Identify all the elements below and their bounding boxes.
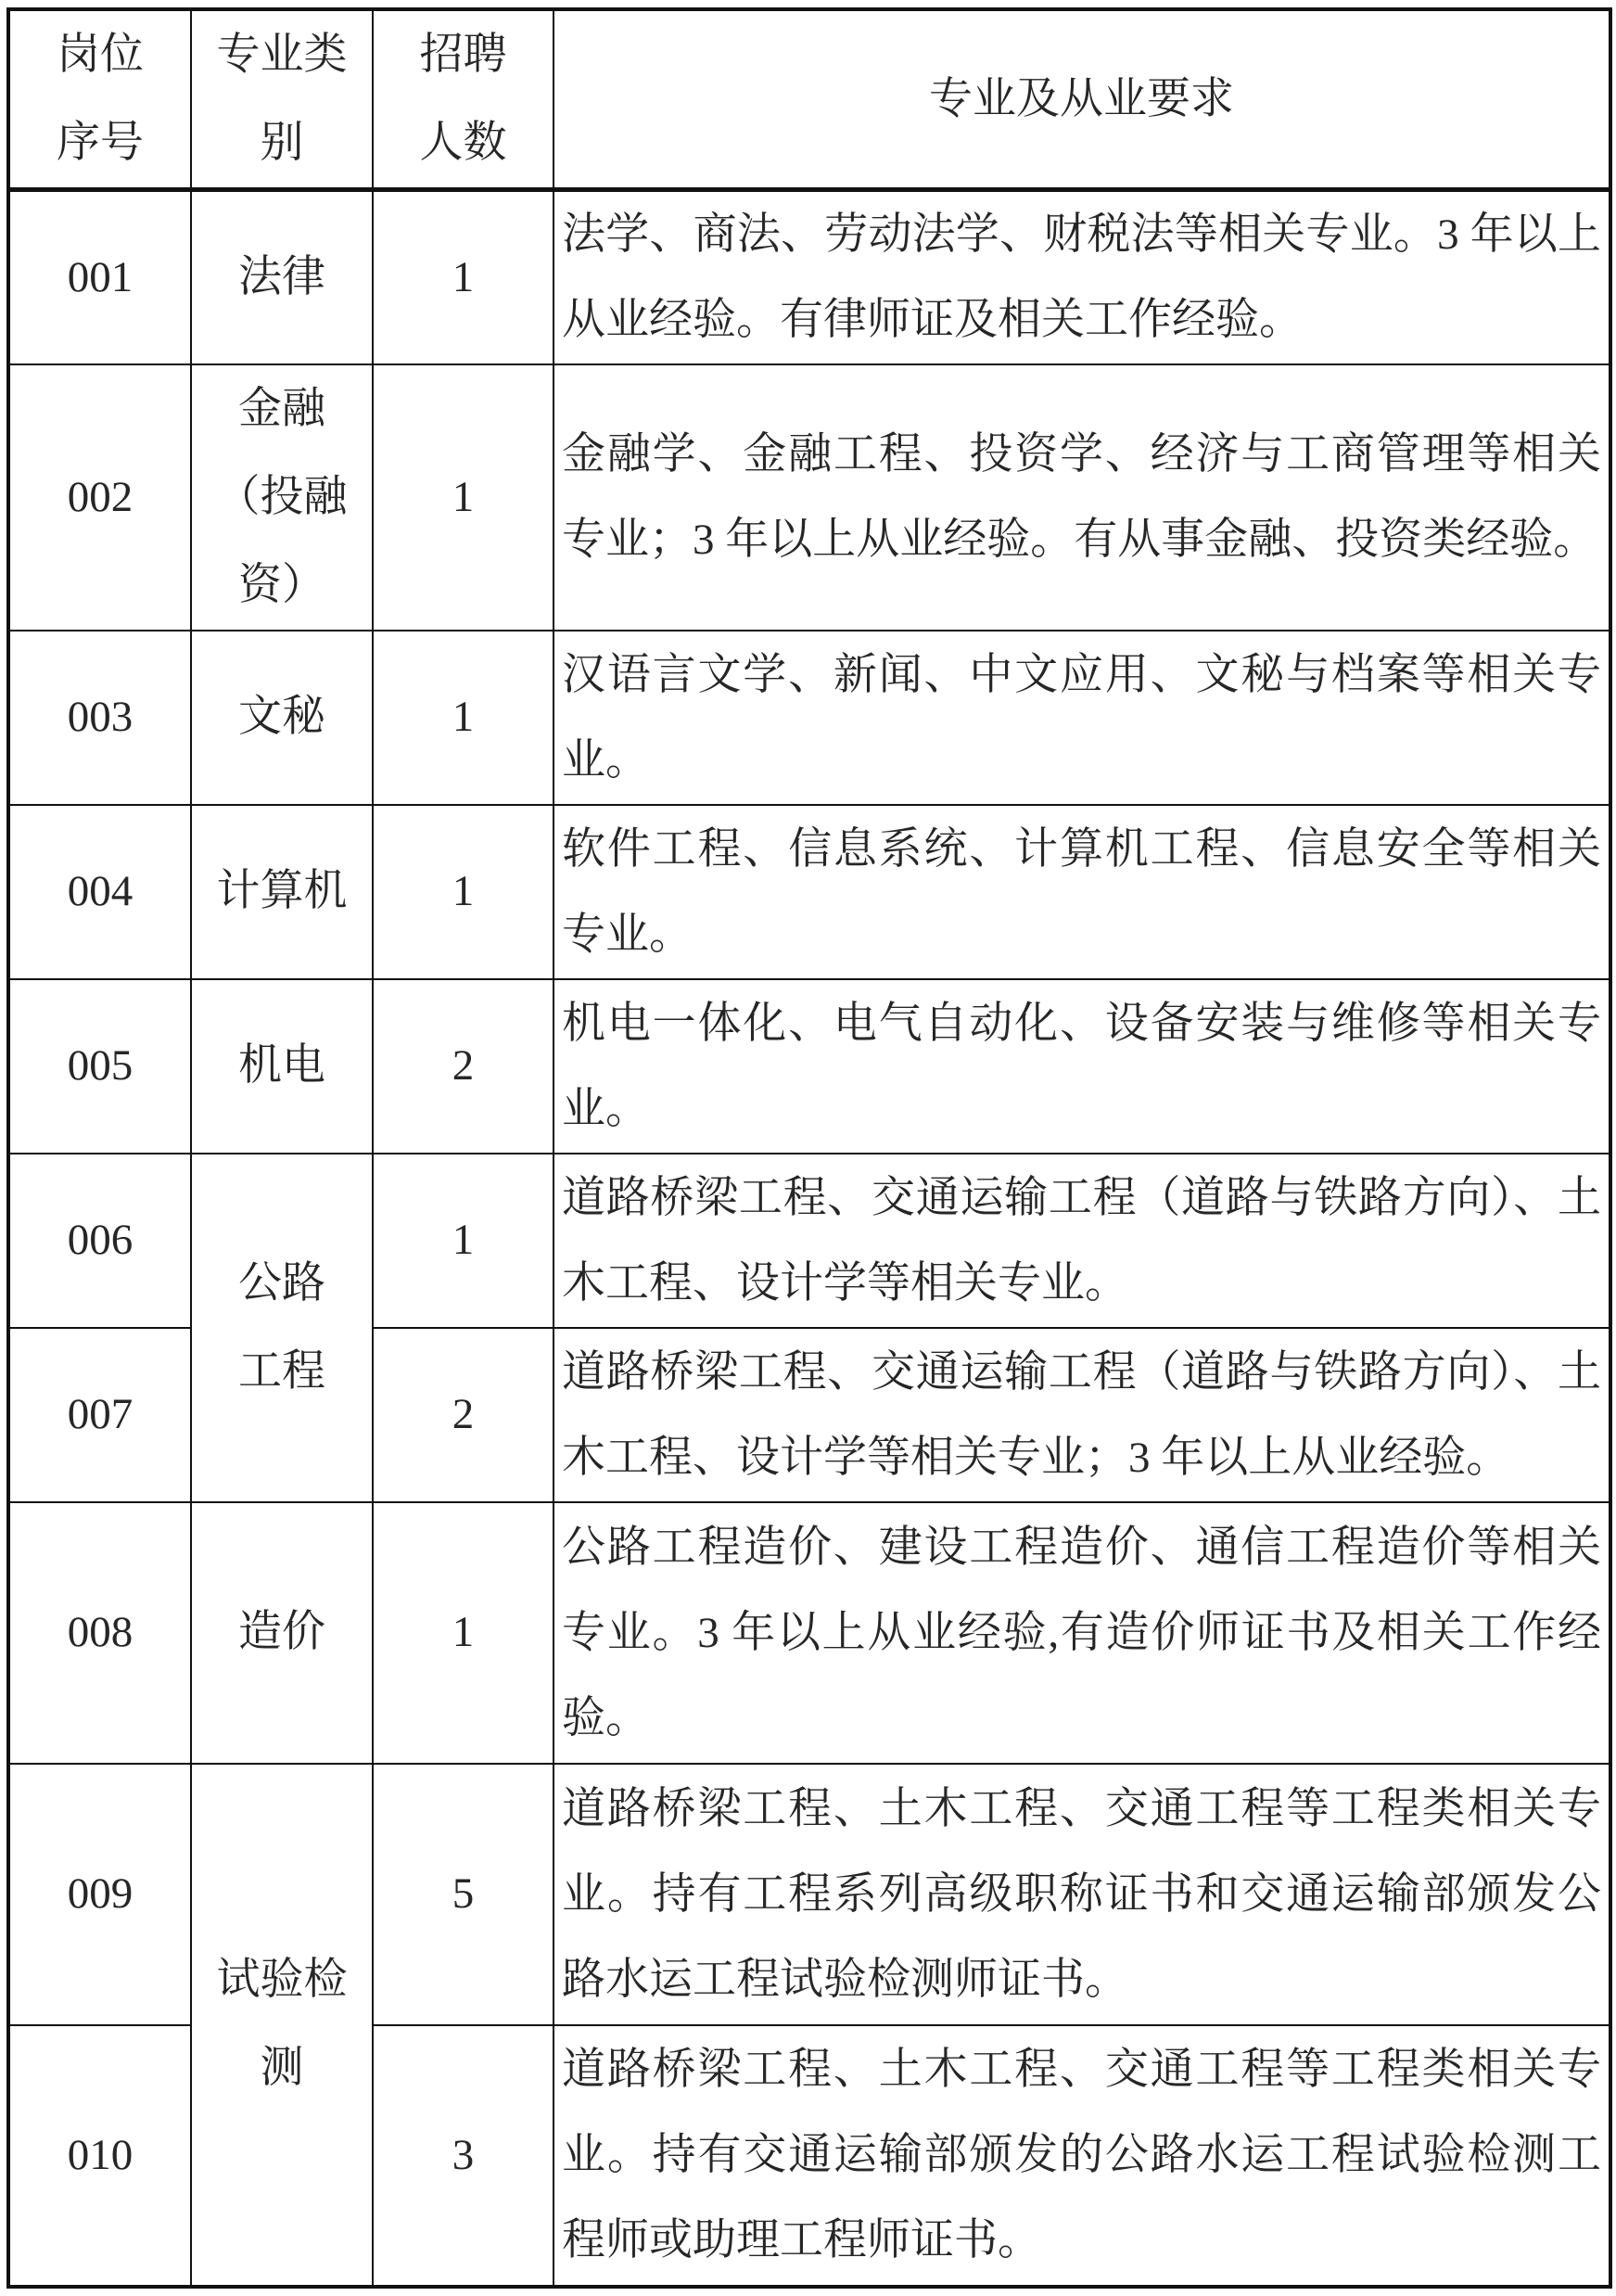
- headcount-cell: 1: [373, 190, 554, 364]
- headcount-cell: 1: [373, 1154, 554, 1328]
- job-no-cell: 001: [8, 190, 191, 364]
- table-row-005: 005 机电 2 机电一体化、电气自动化、设备安装与维修等相关专业。: [8, 979, 1610, 1154]
- job-no-cell: 008: [8, 1502, 191, 1764]
- header-label: 专业及从业要求: [554, 56, 1609, 144]
- document-page: 岗位 序号 专业类 别 招聘 人数 专业及从业要求 001 法律 1 法学、商法…: [0, 0, 1616, 2296]
- job-no-cell: 005: [8, 979, 191, 1154]
- requirements-cell: 道路桥梁工程、土木工程、交通工程等工程类相关专业。持有工程系列高级职称证书和交通…: [554, 1764, 1610, 2025]
- category-label: （投融: [192, 453, 372, 542]
- requirements-cell: 软件工程、信息系统、计算机工程、信息安全等相关专业。: [554, 805, 1610, 979]
- requirements-cell: 道路桥梁工程、交通运输工程（道路与铁路方向）、土木工程、设计学等相关专业；3 年…: [554, 1328, 1610, 1502]
- headcount-cell: 1: [373, 364, 554, 631]
- requirements-cell: 金融学、金融工程、投资学、经济与工商管理等相关专业；3 年以上从业经验。有从事金…: [554, 364, 1610, 631]
- requirements-cell: 道路桥梁工程、交通运输工程（道路与铁路方向）、土木工程、设计学等相关专业。: [554, 1154, 1610, 1328]
- category-label: 工程: [192, 1328, 372, 1416]
- job-no-cell: 003: [8, 631, 191, 805]
- category-label: 测: [192, 2024, 372, 2112]
- headcount-cell: 5: [373, 1764, 554, 2025]
- category-label: 造价: [192, 1588, 372, 1677]
- category-label: 金融: [192, 365, 372, 453]
- headcount-cell: 1: [373, 1502, 554, 1764]
- header-label: 招聘: [374, 11, 553, 99]
- category-label: 计算机: [192, 848, 372, 936]
- header-label: 别: [192, 99, 372, 187]
- header-cell-headcount: 招聘 人数: [373, 9, 554, 190]
- table-row-002: 002 金融 （投融 资） 1 金融学、金融工程、投资学、经济与工商管理等相关专…: [8, 364, 1610, 631]
- category-label: 公路: [192, 1240, 372, 1328]
- job-no-cell: 004: [8, 805, 191, 979]
- category-cell: 计算机: [191, 805, 373, 979]
- job-no-cell: 007: [8, 1328, 191, 1502]
- table-row-008: 008 造价 1 公路工程造价、建设工程造价、通信工程造价等相关专业。3 年以上…: [8, 1502, 1610, 1764]
- headcount-cell: 2: [373, 979, 554, 1154]
- category-label: 文秘: [192, 673, 372, 761]
- job-no-cell: 010: [8, 2025, 191, 2287]
- category-cell-merged: 试验检 测: [191, 1764, 373, 2287]
- job-no-cell: 002: [8, 364, 191, 631]
- category-label: 试验检: [192, 1936, 372, 2024]
- category-cell: 文秘: [191, 631, 373, 805]
- header-cell-job-no: 岗位 序号: [8, 9, 191, 190]
- requirements-cell: 公路工程造价、建设工程造价、通信工程造价等相关专业。3 年以上从业经验,有造价师…: [554, 1502, 1610, 1764]
- header-label: 专业类: [192, 11, 372, 99]
- headcount-cell: 2: [373, 1328, 554, 1502]
- header-label: 序号: [10, 99, 190, 187]
- requirements-cell: 汉语言文学、新闻、中文应用、文秘与档案等相关专业。: [554, 631, 1610, 805]
- header-row: 岗位 序号 专业类 别 招聘 人数 专业及从业要求: [8, 9, 1610, 190]
- requirements-cell: 道路桥梁工程、土木工程、交通工程等工程类相关专业。持有交通运输部颁发的公路水运工…: [554, 2025, 1610, 2287]
- job-no-cell: 006: [8, 1154, 191, 1328]
- job-no-cell: 009: [8, 1764, 191, 2025]
- category-cell: 法律: [191, 190, 373, 364]
- table-row-001: 001 法律 1 法学、商法、劳动法学、财税法等相关专业。3 年以上从业经验。有…: [8, 190, 1610, 364]
- table-row-003: 003 文秘 1 汉语言文学、新闻、中文应用、文秘与档案等相关专业。: [8, 631, 1610, 805]
- table-row-009: 009 试验检 测 5 道路桥梁工程、土木工程、交通工程等工程类相关专业。持有工…: [8, 1764, 1610, 2025]
- table-row-006: 006 公路 工程 1 道路桥梁工程、交通运输工程（道路与铁路方向）、土木工程、…: [8, 1154, 1610, 1328]
- requirements-cell: 机电一体化、电气自动化、设备安装与维修等相关专业。: [554, 979, 1610, 1154]
- recruitment-table: 岗位 序号 专业类 别 招聘 人数 专业及从业要求 001 法律 1 法学、商法…: [6, 7, 1612, 2289]
- headcount-cell: 1: [373, 805, 554, 979]
- requirements-cell: 法学、商法、劳动法学、财税法等相关专业。3 年以上从业经验。有律师证及相关工作经…: [554, 190, 1610, 364]
- header-cell-category: 专业类 别: [191, 9, 373, 190]
- category-cell: 金融 （投融 资）: [191, 364, 373, 631]
- category-label: 法律: [192, 234, 372, 322]
- header-label: 岗位: [10, 11, 190, 99]
- category-label: 资）: [192, 542, 372, 630]
- headcount-cell: 1: [373, 631, 554, 805]
- table-row-004: 004 计算机 1 软件工程、信息系统、计算机工程、信息安全等相关专业。: [8, 805, 1610, 979]
- header-label: 人数: [374, 99, 553, 187]
- category-label: 机电: [192, 1022, 372, 1110]
- category-cell: 机电: [191, 979, 373, 1154]
- category-cell-merged: 公路 工程: [191, 1154, 373, 1502]
- header-cell-requirements: 专业及从业要求: [554, 9, 1610, 190]
- headcount-cell: 3: [373, 2025, 554, 2287]
- category-cell: 造价: [191, 1502, 373, 1764]
